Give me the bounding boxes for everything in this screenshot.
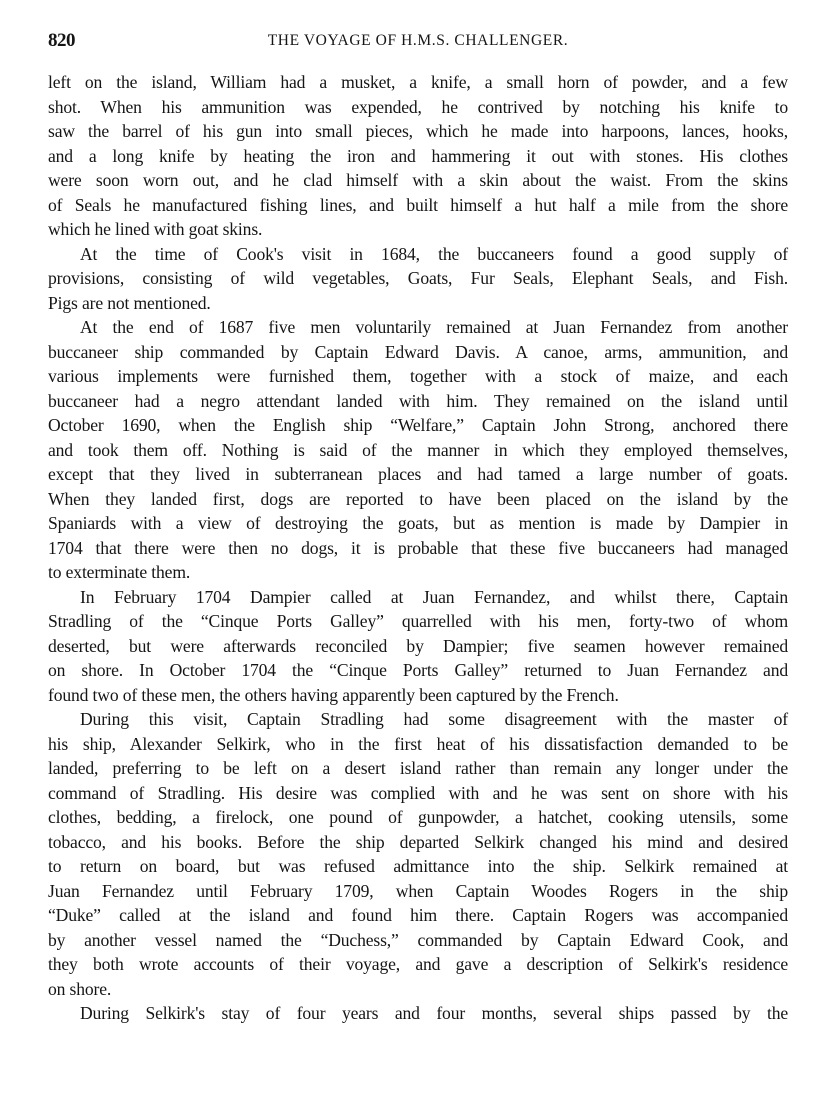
text-line: buccaneer ship commanded by Captain Edwa… bbox=[48, 340, 788, 365]
text-line: on shore. bbox=[48, 977, 788, 1002]
paragraph: At the time of Cook's visit in 1684, the… bbox=[48, 242, 788, 316]
text-line: to exterminate them. bbox=[48, 560, 788, 585]
text-line: clothes, bedding, a firelock, one pound … bbox=[48, 805, 788, 830]
text-line: were soon worn out, and he clad himself … bbox=[48, 168, 788, 193]
paragraph: At the end of 1687 five men voluntarily … bbox=[48, 315, 788, 585]
text-line: Pigs are not mentioned. bbox=[48, 291, 788, 316]
page-header: 820 THE VOYAGE OF H.M.S. CHALLENGER. bbox=[48, 30, 788, 56]
text-line: shot. When his ammunition was expended, … bbox=[48, 95, 788, 120]
paragraph: left on the island, William had a musket… bbox=[48, 70, 788, 242]
text-line: and took them off. Nothing is said of th… bbox=[48, 438, 788, 463]
text-line: found two of these men, the others havin… bbox=[48, 683, 788, 708]
text-line: provisions, consisting of wild vegetable… bbox=[48, 266, 788, 291]
text-line: At the time of Cook's visit in 1684, the… bbox=[48, 242, 788, 267]
text-line: buccaneer had a negro attendant landed w… bbox=[48, 389, 788, 414]
text-line: on shore. In October 1704 the “Cinque Po… bbox=[48, 658, 788, 683]
text-line: except that they lived in subterranean p… bbox=[48, 462, 788, 487]
text-line: During Selkirk's stay of four years and … bbox=[48, 1001, 788, 1026]
text-line: left on the island, William had a musket… bbox=[48, 70, 788, 95]
text-line: When they landed first, dogs are reporte… bbox=[48, 487, 788, 512]
paragraph: During this visit, Captain Stradling had… bbox=[48, 707, 788, 1001]
text-line: During this visit, Captain Stradling had… bbox=[48, 707, 788, 732]
text-line: tobacco, and his books. Before the ship … bbox=[48, 830, 788, 855]
running-title: THE VOYAGE OF H.M.S. CHALLENGER. bbox=[48, 32, 788, 50]
text-line: and a long knife by heating the iron and… bbox=[48, 144, 788, 169]
paragraph: During Selkirk's stay of four years and … bbox=[48, 1001, 788, 1026]
body-text: left on the island, William had a musket… bbox=[48, 70, 788, 1026]
text-line: command of Stradling. His desire was com… bbox=[48, 781, 788, 806]
text-line: Juan Fernandez until February 1709, when… bbox=[48, 879, 788, 904]
text-line: At the end of 1687 five men voluntarily … bbox=[48, 315, 788, 340]
text-line: Stradling of the “Cinque Ports Galley” q… bbox=[48, 609, 788, 634]
text-line: various implements were furnished them, … bbox=[48, 364, 788, 389]
text-line: “Duke” called at the island and found hi… bbox=[48, 903, 788, 928]
text-line: October 1690, when the English ship “Wel… bbox=[48, 413, 788, 438]
text-line: which he lined with goat skins. bbox=[48, 217, 788, 242]
text-line: by another vessel named the “Duchess,” c… bbox=[48, 928, 788, 953]
text-line: In February 1704 Dampier called at Juan … bbox=[48, 585, 788, 610]
text-line: Spaniards with a view of destroying the … bbox=[48, 511, 788, 536]
text-line: of Seals he manufactured fishing lines, … bbox=[48, 193, 788, 218]
text-line: they both wrote accounts of their voyage… bbox=[48, 952, 788, 977]
book-page: 820 THE VOYAGE OF H.M.S. CHALLENGER. lef… bbox=[0, 0, 825, 1100]
text-line: deserted, but were afterwards reconciled… bbox=[48, 634, 788, 659]
text-line: 1704 that there were then no dogs, it is… bbox=[48, 536, 788, 561]
paragraph: In February 1704 Dampier called at Juan … bbox=[48, 585, 788, 708]
text-line: his ship, Alexander Selkirk, who in the … bbox=[48, 732, 788, 757]
text-line: landed, preferring to be left on a deser… bbox=[48, 756, 788, 781]
text-line: saw the barrel of his gun into small pie… bbox=[48, 119, 788, 144]
text-line: to return on board, but was refused admi… bbox=[48, 854, 788, 879]
